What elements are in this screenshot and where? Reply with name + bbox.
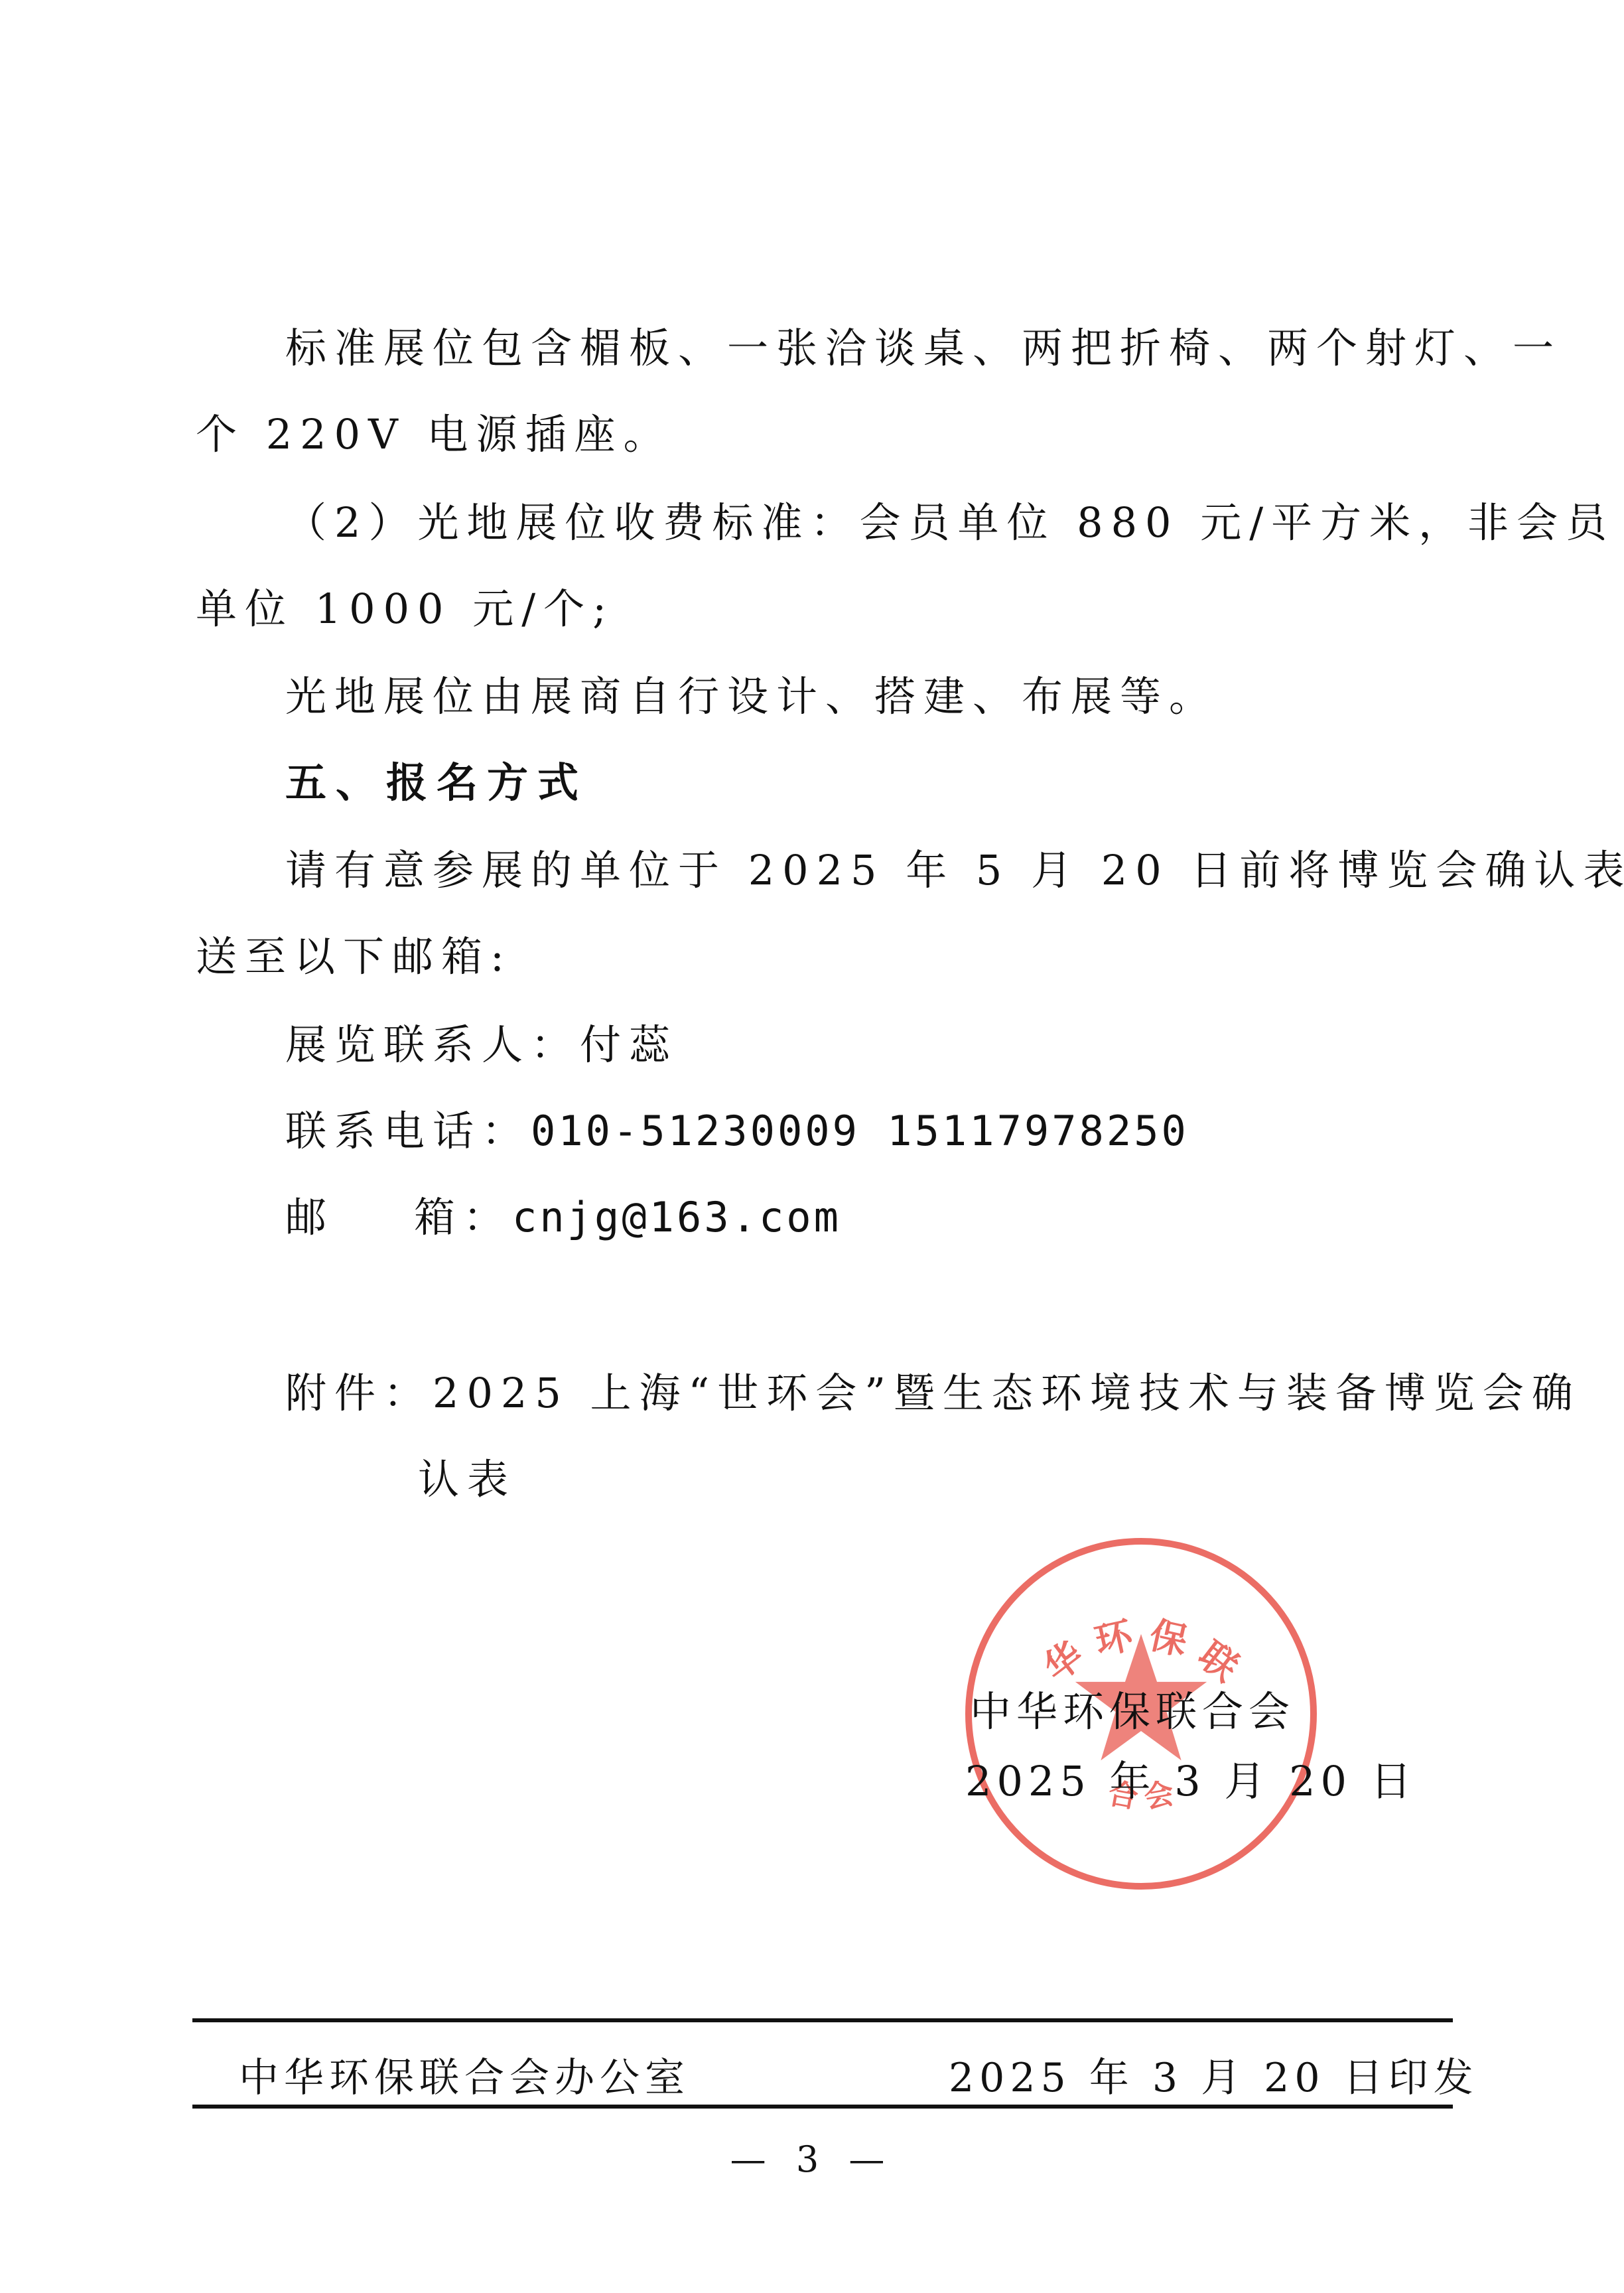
footer-issue-date: 2025 年 3 月 20 日印发 <box>949 2051 1479 2105</box>
contact-email-value[interactable]: cnjg@163.com <box>512 1193 841 1241</box>
contact-phone-value: 010-51230009 15117978250 <box>531 1107 1189 1155</box>
paragraph-booth-standard-line1: 标准展位包含楣板、一张洽谈桌、两把折椅、两个射灯、一 <box>285 322 1562 375</box>
paragraph-raw-space-design: 光地展位由展商自行设计、搭建、布展等。 <box>285 670 1218 723</box>
registration-instruction-line1: 请有意参展的单位于 2025 年 5 月 20 日前将博览会确认表发 <box>285 844 1624 897</box>
page-number: — 3 — <box>0 2140 1624 2180</box>
attachment-line1: 附件：2025 上海“世环会”暨生态环境技术与装备博览会确 <box>285 1367 1581 1420</box>
footer-issuer: 中华环保联合会办公室 <box>239 2051 690 2105</box>
contact-person-label: 展览联系人： <box>285 1020 580 1069</box>
signature-date: 2025 年 3 月 20 日 <box>965 1755 1417 1808</box>
contact-email-label-part2: 箱： <box>414 1193 512 1241</box>
attachment-label: 附件： <box>285 1369 433 1417</box>
footer-bottom-rule <box>192 2105 1453 2109</box>
signature-organization: 中华环保联合会 <box>970 1685 1295 1738</box>
paragraph-booth-standard-line2: 个 220V 电源插座。 <box>196 408 673 461</box>
attachment-title-part1: 2025 上海“世环会”暨生态环境技术与装备博览会确 <box>433 1369 1581 1417</box>
registration-instruction-line2: 送至以下邮箱: <box>196 930 512 983</box>
contact-person-value: 付蕊 <box>580 1020 678 1069</box>
document-page: 标准展位包含楣板、一张洽谈桌、两把折椅、两个射灯、一 个 220V 电源插座。 … <box>0 0 1624 2293</box>
contact-phone-row: 联系电话：010-51230009 15117978250 <box>285 1105 1189 1158</box>
section-heading-registration: 五、报名方式 <box>285 756 588 809</box>
contact-person-row: 展览联系人：付蕊 <box>285 1018 678 1072</box>
footer-top-rule <box>192 2018 1453 2022</box>
paragraph-raw-space-fee-line2: 单位 1000 元/个; <box>196 583 614 636</box>
contact-email-row: 邮箱：cnjg@163.com <box>285 1191 841 1244</box>
contact-email-label-part1: 邮 <box>285 1193 334 1241</box>
paragraph-raw-space-fee-line1: （2）光地展位收费标准：会员单位 880 元/平方米，非会员 <box>285 496 1615 549</box>
contact-phone-label: 联系电话： <box>285 1107 531 1155</box>
attachment-line2: 认表 <box>418 1453 516 1506</box>
